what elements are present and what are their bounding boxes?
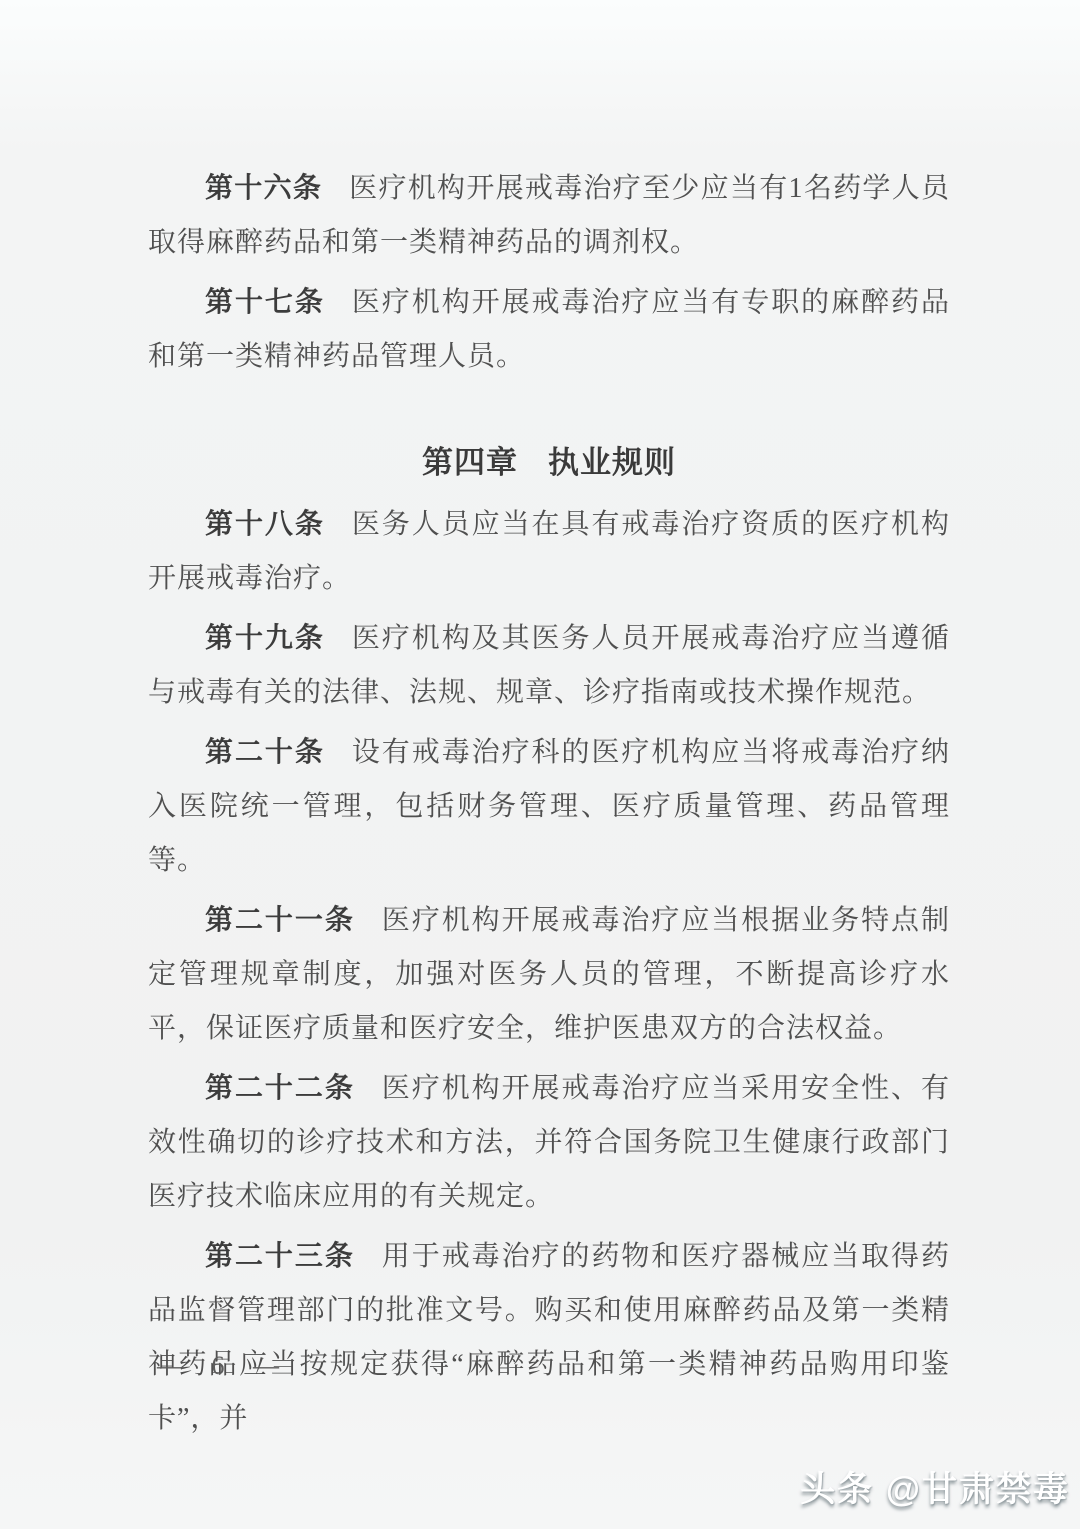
article-17-number: 第十七条 bbox=[205, 287, 325, 318]
article-22-paragraph: 第二十二条医疗机构开展戒毒治疗应当采用安全性、有效性确切的诊疗技术和方法，并符合… bbox=[148, 1062, 950, 1224]
article-19-number: 第十九条 bbox=[205, 623, 325, 654]
article-20-number: 第二十条 bbox=[205, 737, 325, 768]
scanned-document-page: 第十六条医疗机构开展戒毒治疗至少应当有1名药学人员取得麻醉药品和第一类精神药品的… bbox=[0, 0, 1080, 1529]
chapter-title: 执业规则 bbox=[548, 445, 676, 480]
article-21-number: 第二十一条 bbox=[205, 905, 355, 936]
article-22-number: 第二十二条 bbox=[205, 1073, 355, 1104]
article-18-paragraph: 第十八条医务人员应当在具有戒毒治疗资质的医疗机构开展戒毒治疗。 bbox=[148, 498, 950, 606]
article-16-number: 第十六条 bbox=[205, 173, 322, 204]
chapter-heading: 第四章执业规则 bbox=[148, 436, 950, 490]
article-23-paragraph: 第二十三条用于戒毒治疗的药物和医疗器械应当取得药品监督管理部门的批准文号。购买和… bbox=[148, 1230, 950, 1446]
document-body: 第十六条医疗机构开展戒毒治疗至少应当有1名药学人员取得麻醉药品和第一类精神药品的… bbox=[148, 162, 950, 1452]
chapter-number: 第四章 bbox=[422, 445, 518, 480]
toutiao-watermark: 头条 @甘肃禁毒 bbox=[800, 1462, 1070, 1512]
article-17-paragraph: 第十七条医疗机构开展戒毒治疗应当有专职的麻醉药品和第一类精神药品管理人员。 bbox=[148, 276, 950, 384]
article-19-paragraph: 第十九条医疗机构及其医务人员开展戒毒治疗应当遵循与戒毒有关的法律、法规、规章、诊… bbox=[148, 612, 950, 720]
article-21-paragraph: 第二十一条医疗机构开展戒毒治疗应当根据业务特点制定管理规章制度，加强对医务人员的… bbox=[148, 894, 950, 1056]
article-18-number: 第十八条 bbox=[205, 509, 325, 540]
article-20-paragraph: 第二十条设有戒毒治疗科的医疗机构应当将戒毒治疗纳入医院统一管理，包括财务管理、医… bbox=[148, 726, 950, 888]
article-23-number: 第二十三条 bbox=[205, 1241, 355, 1272]
article-16-paragraph: 第十六条医疗机构开展戒毒治疗至少应当有1名药学人员取得麻醉药品和第一类精神药品的… bbox=[148, 162, 950, 270]
page-number: — 6 — bbox=[157, 1346, 281, 1386]
